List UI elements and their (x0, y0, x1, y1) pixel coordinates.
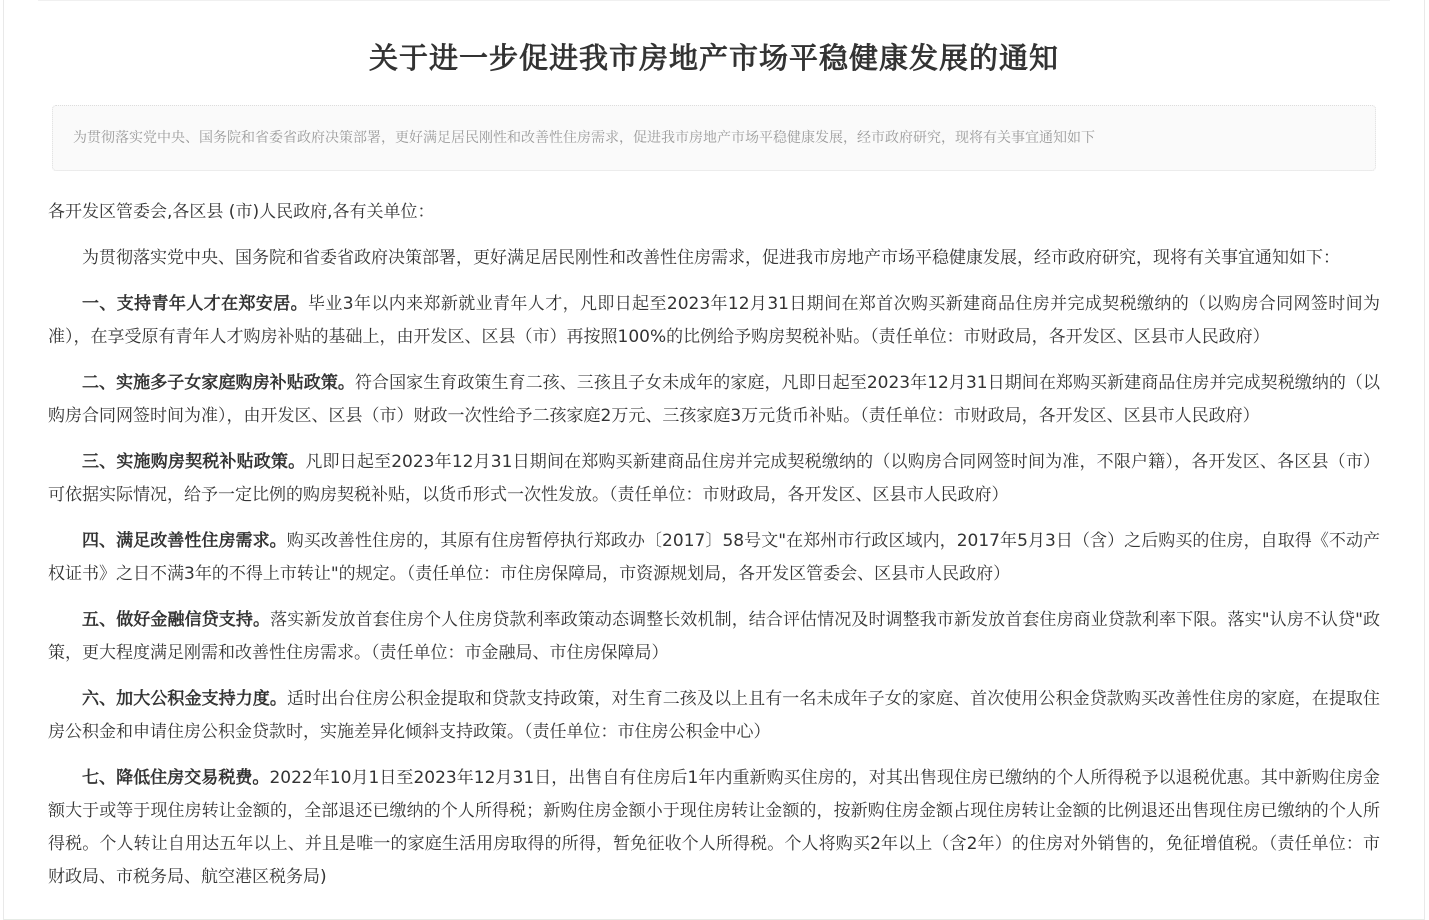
article-4-heading: 四、满足改善性住房需求。 (82, 531, 287, 551)
document-body: 各开发区管委会,各区县 (市)人民政府,各有关单位： 为贯彻落实党中央、国务院和… (38, 196, 1390, 919)
notice-document: 关于进一步促进我市房地产市场平稳健康发展的通知 为贯彻落实党中央、国务院和省委省… (38, 0, 1390, 919)
article-6: 六、加大公积金支持力度。适时出台住房公积金提取和贷款支持政策，对生育二孩及以上且… (48, 683, 1380, 749)
salutation-line: 各开发区管委会,各区县 (市)人民政府,各有关单位： (48, 196, 1380, 229)
article-2-heading: 二、实施多子女家庭购房补贴政策。 (82, 373, 355, 393)
page-frame: 关于进一步促进我市房地产市场平稳健康发展的通知 为贯彻落实党中央、国务院和省委省… (3, 0, 1425, 920)
article-3: 三、实施购房契税补贴政策。凡即日起至2023年12月31日期间在郑购买新建商品住… (48, 446, 1380, 512)
article-3-heading: 三、实施购房契税补贴政策。 (82, 452, 305, 472)
intro-paragraph: 为贯彻落实党中央、国务院和省委省政府决策部署，更好满足居民刚性和改善性住房需求，… (48, 242, 1380, 275)
article-5-heading: 五、做好金融信贷支持。 (82, 610, 270, 630)
article-4: 四、满足改善性住房需求。购买改善性住房的，其原有住房暂停执行郑政办〔2017〕5… (48, 525, 1380, 591)
article-7: 七、降低住房交易税费。2022年10月1日至2023年12月31日，出售自有住房… (48, 762, 1380, 894)
summary-text: 为贯彻落实党中央、国务院和省委省政府决策部署，更好满足居民刚性和改善性住房需求，… (73, 130, 1095, 146)
article-5: 五、做好金融信贷支持。落实新发放首套住房个人住房贷款利率政策动态调整长效机制，结… (48, 604, 1380, 670)
article-1-heading: 一、支持青年人才在郑安居。 (82, 294, 308, 314)
article-2: 二、实施多子女家庭购房补贴政策。符合国家生育政策生育二孩、三孩且子女未成年的家庭… (48, 367, 1380, 433)
article-7-heading: 七、降低住房交易税费。 (82, 768, 269, 788)
page-title: 关于进一步促进我市房地产市场平稳健康发展的通知 (38, 39, 1390, 77)
article-1: 一、支持青年人才在郑安居。毕业3年以内来郑新就业青年人才，凡即日起至2023年1… (48, 288, 1380, 354)
summary-box: 为贯彻落实党中央、国务院和省委省政府决策部署，更好满足居民刚性和改善性住房需求，… (52, 105, 1376, 171)
article-6-heading: 六、加大公积金支持力度。 (82, 689, 287, 709)
